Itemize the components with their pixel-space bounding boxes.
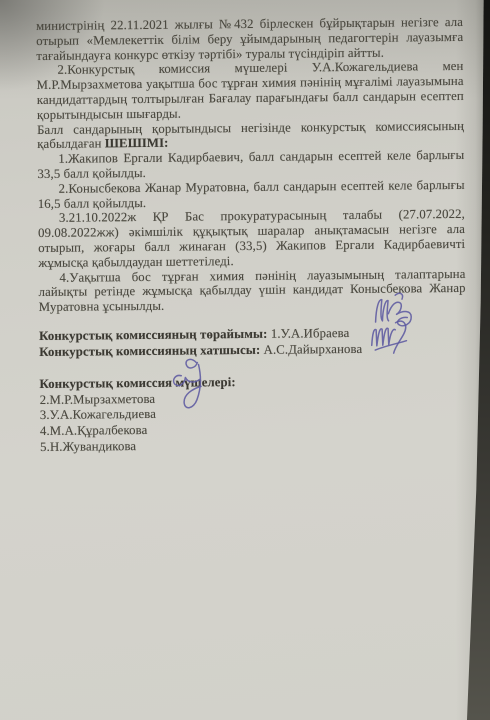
decision-item-1: 1.Жакипов Ергали Кадирбаевич, балл санда… — [37, 148, 464, 182]
chairman-name: 1.У.А.Ибраева — [271, 326, 350, 341]
decision-item-2: 2.Конысбекова Жанар Муратовна, балл санд… — [38, 178, 465, 212]
paragraph-point-2: 2.Конкурстық комиссия мүшелері У.А.Кожаг… — [36, 59, 464, 122]
document-text: министрінің 22.11.2021 жылғы №432 бірлес… — [36, 15, 467, 455]
secretary-signature-icon — [364, 314, 424, 360]
decision-lead-text: Балл сандарының қорытындысы негізінде ко… — [37, 118, 464, 151]
paper-sheet: министрінің 22.11.2021 жылғы №432 бірлес… — [0, 0, 490, 720]
paragraph-continuation: министрінің 22.11.2021 жылғы №432 бірлес… — [36, 15, 463, 63]
photo-of-document: министрінің 22.11.2021 жылғы №432 бірлес… — [0, 0, 490, 720]
decision-item-3: 3.21.10.2022ж ҚР Бас прокуратурасының та… — [38, 207, 466, 270]
chairman-role-label: Конкурстық комиссияның төрайымы: — [39, 327, 268, 343]
member-signature-icon — [165, 354, 219, 417]
decision-lead-line: Балл сандарының қорытындысы негізінде ко… — [37, 118, 464, 152]
members-list: Конкурстық комиссия мүшелері: 2.М.Р.Мырз… — [39, 373, 467, 455]
decision-word: ШЕШІМІ: — [105, 136, 169, 151]
secretary-role-label: Конкурстық комиссияның хатшысы: — [39, 342, 260, 358]
secretary-name: А.С.Дайырханова — [264, 341, 363, 356]
